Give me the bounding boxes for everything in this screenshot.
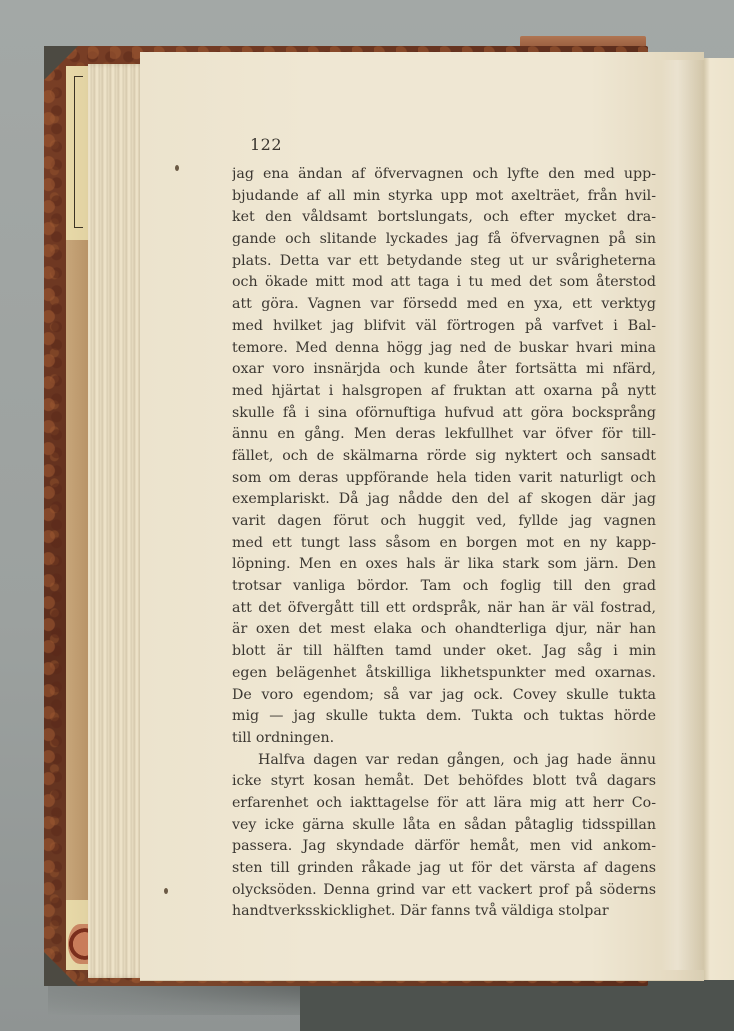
page-number: 122 [250,135,282,154]
text-line: egen belägenhet åtskilliga likhetspunkte… [232,663,656,685]
text-line: att det öfvergått till ett ordspråk, när… [232,598,656,620]
paper-speck [175,165,179,171]
text-line: plats. Detta var ett betydande steg ut u… [232,251,656,273]
page-gutter-fold [660,60,704,970]
text-line: jag ena ändan af öfvervagnen och lyfte d… [232,164,656,186]
text-line: bjudande af all min styrka upp mot axelt… [232,186,656,208]
text-line: sten till grinden råkade jag ut för det … [232,858,656,880]
text-line: att göra. Vagnen var försedd med en yxa,… [232,294,656,316]
facing-page-edge [704,58,734,980]
text-line: handtverksskicklighet. Där fanns två väl… [232,901,656,923]
text-line: passera. Jag skyndade därför hemåt, men … [232,836,656,858]
text-line: icke styrt kosan hemåt. Det behöfdes blo… [232,771,656,793]
text-line: med ett tungt lass såsom en borgen mot e… [232,533,656,555]
text-line: ket den våldsamt bortslungats, och efter… [232,207,656,229]
text-line: exemplariskt. Då jag nådde den del af sk… [232,489,656,511]
text-line: och ökade mitt mod att taga i tu med det… [232,272,656,294]
scanned-book-scene: 122 jag ena ändan af öfvervagnen och lyf… [0,0,734,1031]
text-line: med hjärtat i halsgropen af fruktan att … [232,381,656,403]
text-line: ännu en gång. Men deras lekfullhet var ö… [232,424,656,446]
text-line: är oxen det mest elaka och ohandterliga … [232,619,656,641]
text-line: oxar voro insnärjda och kunde åter forts… [232,359,656,381]
text-line: gande och slitande lyckades jag få öfver… [232,229,656,251]
text-line: olycksöden. Denna grind var ett vackert … [232,880,656,902]
paragraph: Halfva dagen var redan gången, och jag h… [232,750,656,924]
paragraph: jag ena ändan af öfvervagnen och lyfte d… [232,164,656,750]
page-stack-edge [88,64,144,978]
text-line: skulle få i sina oförnuftiga hufvud att … [232,403,656,425]
text-line: till ordningen. [232,728,656,750]
text-line: mig — jag skulle tukta dem. Tukta och tu… [232,706,656,728]
endpaper-inner [66,240,88,900]
text-line: blott är till hälften tamd under oket. J… [232,641,656,663]
text-line: Halfva dagen var redan gången, och jag h… [232,750,656,772]
text-line: som om deras uppförande hela tiden varit… [232,468,656,490]
endpaper-bracket-mark [74,76,83,228]
text-line: löpning. Men en oxes hals är lika stark … [232,554,656,576]
text-line: temore. Med denna högg jag ned de buskar… [232,338,656,360]
text-line: med hvilket jag blifvit väl förtrogen på… [232,316,656,338]
text-line: De voro egendom; så var jag ock. Covey s… [232,685,656,707]
text-line: erfarenhet och iakttagelse för att lära … [232,793,656,815]
text-line: varit dagen förut och huggit ved, fyllde… [232,511,656,533]
body-text: jag ena ändan af öfvervagnen och lyfte d… [232,164,656,923]
text-line: trotsar vanliga bördor. Tam och foglig t… [232,576,656,598]
text-line: fället, och de skälmarna rörde sig nykte… [232,446,656,468]
text-line: vey icke gärna skulle låta en sådan påta… [232,815,656,837]
paper-speck [164,888,168,894]
